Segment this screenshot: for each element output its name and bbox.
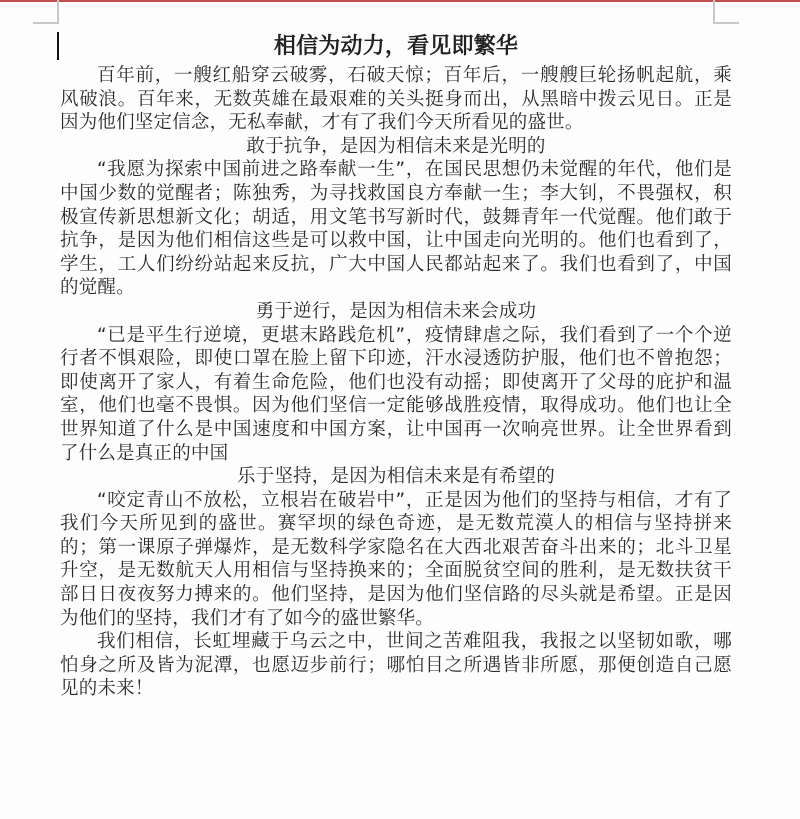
window-top-border — [0, 0, 800, 2]
paragraph-section-1: “我愿为探索中国前进之路奉献一生”，在国民思想仍未觉醒的年代，他们是中国少数的觉… — [60, 158, 732, 300]
margin-corner-mark-right-vertical — [713, 0, 715, 24]
margin-corner-mark-left-horizontal — [33, 22, 58, 24]
margin-corner-mark-right-horizontal — [713, 22, 739, 24]
section-heading-3: 乐于坚持，是因为相信未来是有希望的 — [60, 465, 732, 489]
section-heading-2: 勇于逆行，是因为相信未来会成功 — [60, 300, 732, 324]
paragraph-section-3: “咬定青山不放松，立根岩在破岩中”，正是因为他们的坚持与相信，才有了我们今天所见… — [60, 489, 732, 631]
section-heading-1: 敢于抗争，是因为相信未来是光明的 — [60, 135, 732, 159]
paragraph-conclusion: 我们相信，长虹埋藏于乌云之中，世间之苦难阻我，我报之以坚韧如歌，哪怕身之所及皆为… — [60, 630, 732, 701]
document-body[interactable]: 相信为动力，看见即繁华 百年前，一艘红船穿云破雾，石破天惊；百年后，一艘艘巨轮扬… — [60, 32, 732, 701]
text-cursor — [57, 32, 59, 60]
document-title: 相信为动力，看见即繁华 — [60, 32, 732, 62]
margin-corner-mark-left-vertical — [57, 0, 59, 24]
paragraph-intro: 百年前，一艘红船穿云破雾，石破天惊；百年后，一艘艘巨轮扬帆起航，乘风破浪。百年来… — [60, 64, 732, 135]
paragraph-section-2: “已是平生行逆境，更堪末路践危机”，疫情肆虐之际，我们看到了一个个逆行者不惧艰险… — [60, 324, 732, 466]
